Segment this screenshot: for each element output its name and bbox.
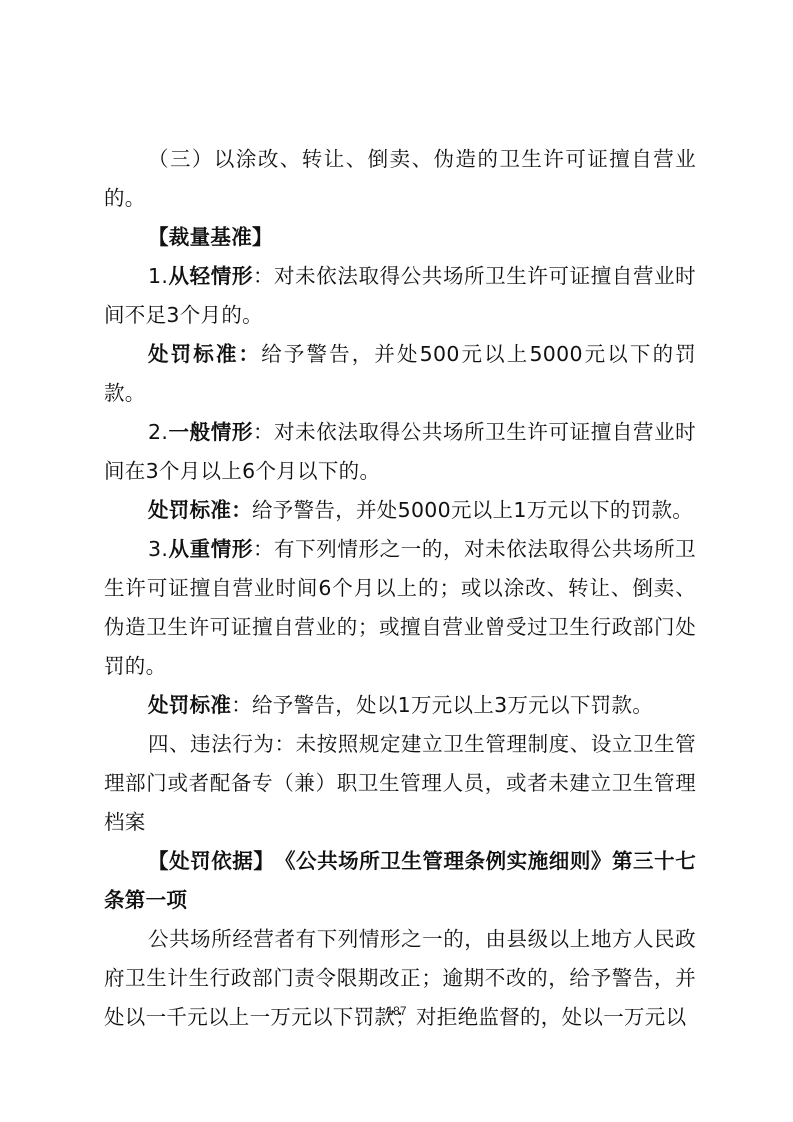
bold-label: 一般情形: [168, 420, 253, 444]
paragraph-penalty-3: 处罚标准：给予警告，处以1万元以上3万元以下罚款。: [104, 686, 696, 725]
paragraph-level-3: 3.从重情形：有下列情形之一的，对未依法取得公共场所卫生许可证擅自营业时间6个月…: [104, 530, 696, 686]
heading-benchmark: 【裁量基准】: [104, 218, 696, 257]
text-run: ：给予警告，处以1万元以上3万元以下罚款。: [231, 693, 653, 717]
text-run: 四、违法行为：未按照规定建立卫生管理制度、设立卫生管理部门或者配备专（兼）职卫生…: [104, 732, 696, 834]
text-run: 1.: [148, 264, 168, 288]
bold-label: 从轻情形: [168, 264, 253, 288]
document-body: （三）以涂改、转让、倒卖、伪造的卫生许可证擅自营业的。 【裁量基准】 1.从轻情…: [104, 140, 696, 1037]
heading-basis: 【处罚依据】 《公共场所卫生管理条例实施细则》第三十七条第一项: [104, 842, 696, 920]
paragraph-level-2: 2.一般情形：对未依法取得公共场所卫生许可证擅自营业时间在3个月以上6个月以下的…: [104, 413, 696, 491]
bold-label: 处罚标准：: [148, 498, 252, 522]
paragraph-violation-4: 四、违法行为：未按照规定建立卫生管理制度、设立卫生管理部门或者配备专（兼）职卫生…: [104, 725, 696, 842]
bold-label: 从重情形: [168, 537, 253, 561]
page-number: 187: [0, 1004, 793, 1018]
text-run: （三）以涂改、转让、倒卖、伪造的卫生许可证擅自营业的。: [104, 147, 696, 210]
paragraph-basis-text: 公共场所经营者有下列情形之一的，由县级以上地方人民政府卫生计生行政部门责令限期改…: [104, 920, 696, 1037]
text-run: 2.: [148, 420, 168, 444]
paragraph-level-1: 1.从轻情形：对未依法取得公共场所卫生许可证擅自营业时间不足3个月的。: [104, 257, 696, 335]
paragraph-penalty-2: 处罚标准：给予警告，并处5000元以上1万元以下的罚款。: [104, 491, 696, 530]
bold-label: 处罚标准: [148, 693, 231, 717]
text-run: 3.: [148, 537, 168, 561]
heading-text: 【处罚依据】 《公共场所卫生管理条例实施细则》第三十七条第一项: [104, 849, 696, 912]
heading-text: 【裁量基准】: [148, 225, 273, 249]
bold-label: 处罚标准：: [148, 342, 261, 366]
text-run: 给予警告，并处5000元以上1万元以下的罚款。: [252, 498, 693, 522]
paragraph-item-3: （三）以涂改、转让、倒卖、伪造的卫生许可证擅自营业的。: [104, 140, 696, 218]
paragraph-penalty-1: 处罚标准：给予警告，并处500元以上5000元以下的罚款。: [104, 335, 696, 413]
